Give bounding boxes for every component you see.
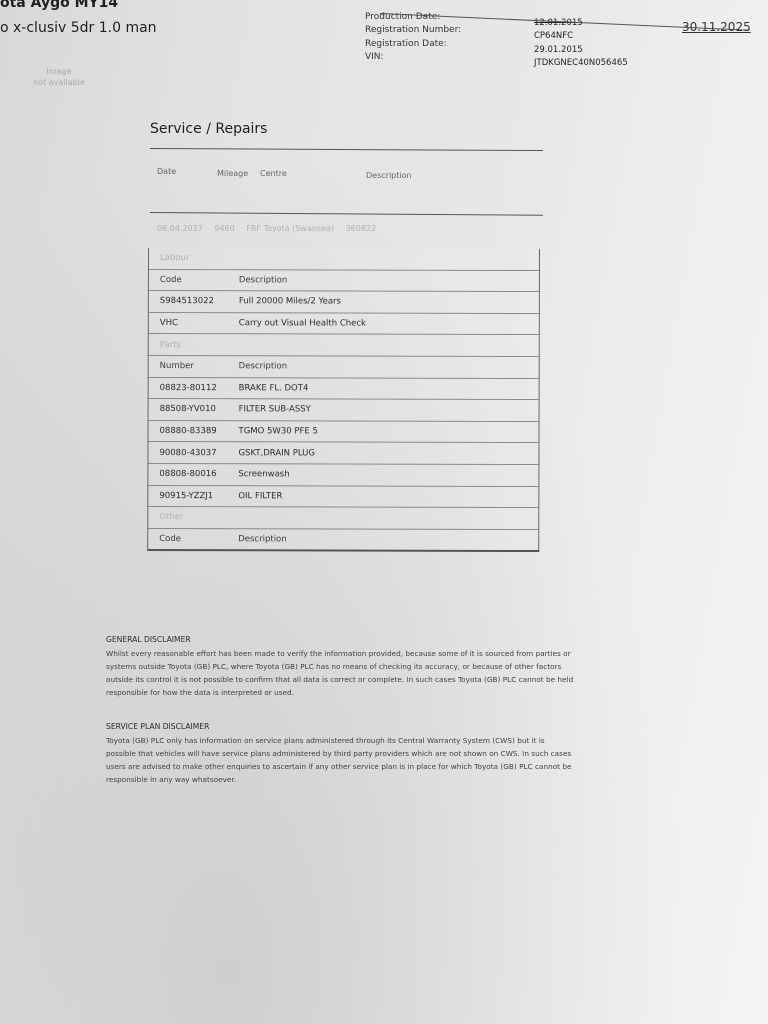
parts-header-description: Description (239, 362, 539, 373)
general-disclaimer-text: Whilst every reasonable effort has been … (106, 647, 576, 699)
general-disclaimer: GENERAL DISCLAIMER Whilst every reasonab… (106, 633, 576, 699)
table-row: 90915-YZZJ1 OIL FILTER (148, 485, 538, 508)
part-description: Screenwash (238, 469, 538, 480)
section-title: Service / Repairs (150, 121, 267, 137)
parts-section-label: Parts (149, 340, 239, 350)
other-section-row: Other (148, 506, 538, 529)
label-registration-number: Registration Number: (365, 24, 461, 37)
table-row: 90080-43037 GSKT,DRAIN PLUG (148, 441, 538, 464)
part-number: 08880-83389 (149, 426, 239, 436)
table-row: 08808-80016 Screenwash (148, 463, 538, 486)
record-mileage: 9460 (214, 224, 234, 233)
other-header-row: Code Description (148, 528, 538, 551)
vehicle-info-labels: Production Date: Registration Number: Re… (365, 11, 461, 64)
print-date: 30.11.2025 (682, 20, 751, 34)
label-registration-date: Registration Date: (365, 38, 461, 51)
service-record: 06.04.2017 9460 FRF Toyota (Swansea) 360… (157, 224, 385, 233)
column-header-mileage: Mileage (217, 169, 248, 178)
table-row: VHC Carry out Visual Health Check (149, 312, 539, 335)
column-header-date: Date (157, 167, 176, 176)
vehicle-title: ota Aygo MY14 (0, 0, 118, 11)
header-divider (150, 212, 543, 216)
labour-section-row: Labour (149, 248, 539, 270)
part-number: 90915-YZZJ1 (148, 491, 238, 501)
record-reference: 360822 (346, 224, 377, 233)
labour-header-code: Code (149, 275, 239, 285)
label-vin: VIN: (365, 51, 461, 64)
part-number: 88508-YV010 (149, 404, 239, 414)
vehicle-subtitle: o x-clusiv 5dr 1.0 man (0, 20, 157, 36)
service-plan-disclaimer-title: SERVICE PLAN DISCLAIMER (106, 720, 576, 733)
part-description: TGMO 5W30 PFE 5 (239, 426, 539, 437)
other-header-code: Code (148, 534, 238, 544)
title-divider (150, 148, 543, 151)
part-description: BRAKE FL. DOT4 (239, 383, 539, 394)
part-description: OIL FILTER (238, 491, 538, 502)
labour-description: Full 20000 Miles/2 Years (239, 297, 539, 308)
service-detail-table: Labour Code Description S984513022 Full … (147, 248, 540, 552)
table-row: 08823-80112 BRAKE FL. DOT4 (149, 377, 539, 400)
labour-code: S984513022 (149, 296, 239, 306)
table-row: 88508-YV010 FILTER SUB-ASSY (149, 398, 539, 421)
image-placeholder-line-2: not available (20, 77, 98, 88)
registration-number-value: CP64NFC (534, 30, 628, 43)
service-plan-disclaimer: SERVICE PLAN DISCLAIMER Toyota (GB) PLC … (106, 720, 576, 786)
general-disclaimer-title: GENERAL DISCLAIMER (106, 633, 576, 646)
part-number: 08808-80016 (148, 469, 238, 479)
vehicle-info-values: 12.01.2015 CP64NFC 29.01.2015 JTDKGNEC40… (534, 17, 628, 70)
labour-section-label: Labour (149, 253, 239, 263)
part-description: GSKT,DRAIN PLUG (238, 448, 538, 459)
labour-header-description: Description (239, 275, 539, 286)
record-date: 06.04.2017 (157, 224, 203, 233)
labour-code: VHC (149, 318, 239, 328)
labour-description: Carry out Visual Health Check (239, 318, 539, 329)
part-number: 08823-80112 (149, 383, 239, 393)
column-header-description: Description (366, 171, 412, 180)
record-centre: FRF Toyota (Swansea) (246, 224, 334, 233)
other-header-description: Description (238, 534, 538, 545)
other-section-label: Other (148, 512, 238, 522)
image-placeholder-line-1: Image (20, 66, 98, 77)
table-row: 08880-83389 TGMO 5W30 PFE 5 (148, 420, 538, 443)
parts-header-number: Number (149, 361, 239, 371)
registration-date-value: 29.01.2015 (534, 44, 628, 57)
table-row: S984513022 Full 20000 Miles/2 Years (149, 290, 539, 313)
vin-value: JTDKGNEC40N056465 (534, 57, 628, 70)
part-number: 90080-43037 (148, 448, 238, 458)
parts-header-row: Number Description (149, 355, 539, 378)
part-description: FILTER SUB-ASSY (239, 405, 539, 416)
vehicle-image-placeholder: Image not available (20, 66, 98, 88)
parts-section-row: Parts (149, 333, 539, 356)
labour-header-row: Code Description (149, 269, 539, 292)
service-plan-disclaimer-text: Toyota (GB) PLC only has information on … (106, 734, 576, 786)
column-header-centre: Centre (260, 169, 287, 178)
